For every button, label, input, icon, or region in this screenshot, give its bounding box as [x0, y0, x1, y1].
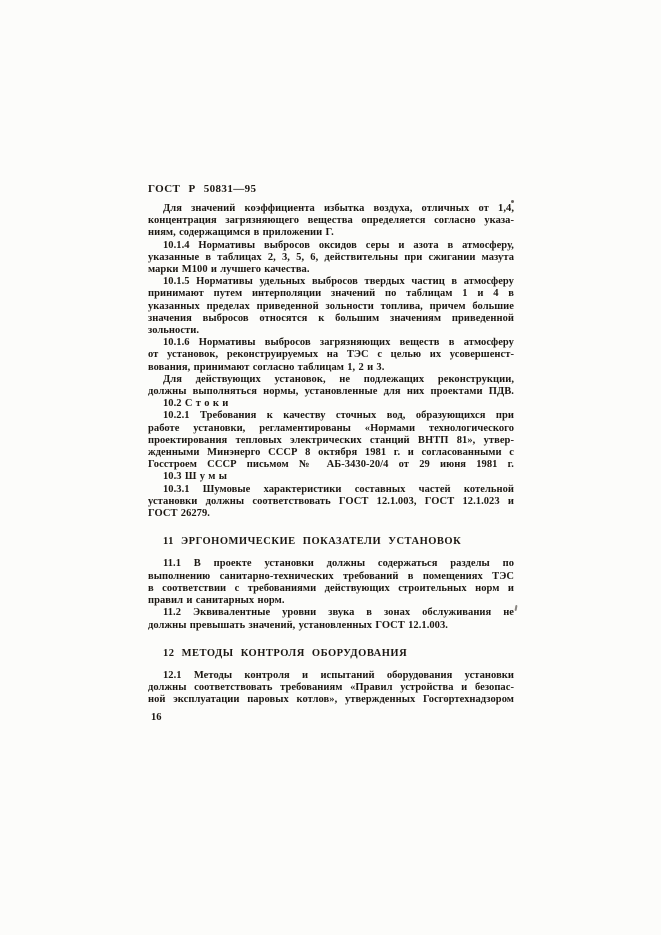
text-line: правил и санитарных норм.: [148, 595, 514, 607]
text-column: ГОСТ Р 50831—95 Для значений коэффициент…: [148, 183, 514, 707]
text-line: указанных пределах приведенной зольности…: [148, 301, 514, 313]
clause-subheading: 10.2 С т о к и: [148, 398, 514, 410]
text-line: 11.1 В проекте установки должны содержат…: [148, 558, 514, 570]
text-line: выполнению санитарно-технических требова…: [148, 571, 514, 583]
paragraph: 10.3.1 Шумовые характеристики составных …: [148, 484, 514, 521]
text-line: вования, принимают согласно таблицам 1, …: [148, 362, 514, 374]
paragraph: Для действующих установок, не подлежащих…: [148, 374, 514, 398]
text-line: 10.1.6 Нормативы выбросов загрязняющих в…: [148, 337, 514, 349]
clause-subheading: 10.3 Ш у м ы: [148, 471, 514, 483]
paragraph: 11.1 В проекте установки должны содержат…: [148, 558, 514, 607]
text-line: должны соответствовать требованиям «Прав…: [148, 682, 514, 694]
text-line: принимают путем интерполяции значений по…: [148, 288, 514, 300]
paragraph: 10.2.1 Требования к качеству сточных вод…: [148, 410, 514, 471]
text-line: значения выбросов относятся к большим зн…: [148, 313, 514, 325]
text-line: 10.1.5 Нормативы удельных выбросов тверд…: [148, 276, 514, 288]
scan-artifact-dot: [511, 200, 514, 203]
text-line: зольности.: [148, 325, 514, 337]
text-line: в соответствии с требованиями действующи…: [148, 583, 514, 595]
section-heading: 11 ЭРГОНОМИЧЕСКИЕ ПОКАЗАТЕЛИ УСТАНОВОК: [148, 536, 514, 548]
text-line: 12.1 Методы контроля и испытаний оборудо…: [148, 670, 514, 682]
text-line: ниям, содержащимся в приложении Г.: [148, 227, 514, 239]
text-line: 10.2.1 Требования к качеству сточных вод…: [148, 410, 514, 422]
paragraph: 12.1 Методы контроля и испытаний оборудо…: [148, 670, 514, 707]
text-line: должны выполняться нормы, установленные …: [148, 386, 514, 398]
section-heading: 12 МЕТОДЫ КОНТРОЛЯ ОБОРУДОВАНИЯ: [148, 648, 514, 660]
text-line: установки должны соответствовать ГОСТ 12…: [148, 496, 514, 508]
text-line: 10.1.4 Нормативы выбросов оксидов серы и…: [148, 240, 514, 252]
text-line: указанные в таблицах 2, 3, 5, 6, действи…: [148, 252, 514, 264]
text-line: концентрация загрязняющего вещества опре…: [148, 215, 514, 227]
paragraph: 11.2 Эквивалентные уровни звука в зонах …: [148, 607, 514, 631]
text-line: Госстроем СССР письмом № АБ-3430-20/4 от…: [148, 459, 514, 471]
text-line: 11.2 Эквивалентные уровни звука в зонах …: [148, 607, 514, 619]
scan-artifact-tick: [514, 605, 517, 611]
text-line: жденными Минэнерго СССР 8 октября 1981 г…: [148, 447, 514, 459]
document-header: ГОСТ Р 50831—95: [148, 183, 514, 195]
text-line: от установок, реконструируемых на ТЭС с …: [148, 349, 514, 361]
paragraph: 10.1.4 Нормативы выбросов оксидов серы и…: [148, 240, 514, 277]
text-line: марки М100 и лучшего качества.: [148, 264, 514, 276]
text-line: ной эксплуатации паровых котлов», утверж…: [148, 694, 514, 706]
paragraph: 10.1.5 Нормативы удельных выбросов тверд…: [148, 276, 514, 337]
text-line: 10.3.1 Шумовые характеристики составных …: [148, 484, 514, 496]
text-line: должны превышать значений, установленных…: [148, 620, 514, 632]
text-line: 10.2 С т о к и: [148, 398, 514, 410]
paragraph: Для значений коэффициента избытка воздух…: [148, 203, 514, 240]
text-line: 10.3 Ш у м ы: [148, 471, 514, 483]
text-line: Для значений коэффициента избытка воздух…: [148, 203, 514, 215]
page-number: 16: [151, 712, 162, 724]
scanned-document-page: ГОСТ Р 50831—95 Для значений коэффициент…: [0, 0, 661, 935]
text-line: ГОСТ 26279.: [148, 508, 514, 520]
document-body: Для значений коэффициента избытка воздух…: [148, 203, 514, 707]
paragraph: 10.1.6 Нормативы выбросов загрязняющих в…: [148, 337, 514, 374]
text-line: Для действующих установок, не подлежащих…: [148, 374, 514, 386]
text-line: проектирования тепловых электрических ст…: [148, 435, 514, 447]
text-line: работе установки, регламентированы «Норм…: [148, 423, 514, 435]
